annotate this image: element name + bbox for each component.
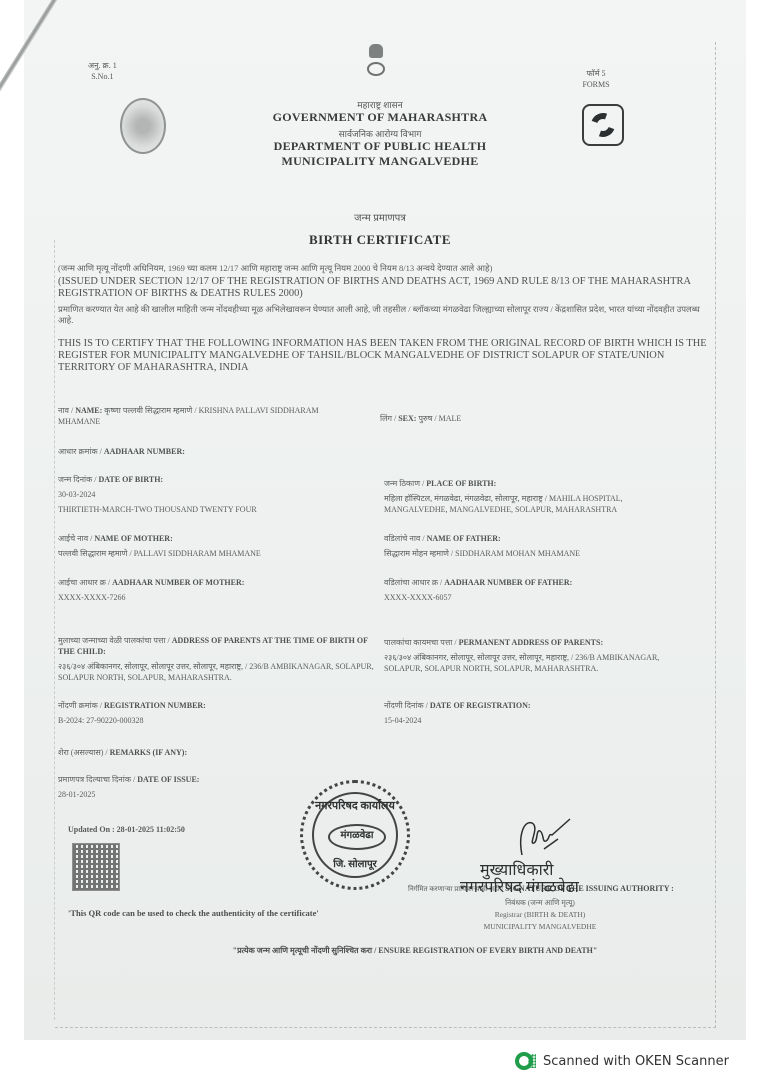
registrar-block: निबंधक (जन्म आणि मृत्यू) Registrar (BIRT… [460,897,620,933]
serial-number: अनु. क्र. 1 S.No.1 [88,60,117,82]
field-remarks: शेरा (असल्यास) / REMARKS (IF ANY): [58,747,358,758]
father-aadhaar-label-mr: वडिलांचा आधार क्र / [384,578,442,587]
serial-english: S.No.1 [88,71,117,82]
scanner-text: Scanned with OKEN Scanner [543,1054,729,1069]
updated-on: Updated On : 28-01-2025 11:02:50 [68,825,185,834]
form-number: फॉर्म 5 FORMS [576,68,616,90]
dob-label-mr: जन्म दिनांक / [58,475,96,484]
aadhaar-label-mr: आधार क्रमांक / [58,447,102,456]
reg-date-value: 15-04-2024 [384,715,684,726]
scanner-watermark: Scanned with OKEN Scanner [515,1052,729,1070]
maharashtra-seal-icon [120,98,166,154]
field-registration-date: नोंदणी दिनांक / DATE OF REGISTRATION: 15… [384,700,684,726]
issued-under: (ISSUED UNDER SECTION 12/17 OF THE REGIS… [58,276,708,300]
qr-note: 'This QR code can be used to check the a… [68,908,358,919]
father-aadhaar-value: XXXX-XXXX-6057 [384,592,684,603]
sex-label: SEX: [398,414,416,423]
qr-code-icon[interactable] [72,843,120,891]
aadhaar-label: AADHAAR NUMBER: [104,447,185,456]
certify-statement: THIS IS TO CERTIFY THAT THE FOLLOWING IN… [58,338,708,374]
reg-no-value: B-2024: 27-90220-000328 [58,715,358,726]
signature-icon [514,815,574,860]
dob-value: 30-03-2024 [58,489,358,500]
mother-aadhaar-label: AADHAAR NUMBER OF MOTHER: [112,578,244,587]
stamp-bottom-text: जि. सोलापूर [314,856,396,870]
pob-value: महिला हॉस्पिटल, मंगळवेढा, मंगळवेढा, सोला… [384,493,664,515]
mother-value: पल्लवी सिद्धाराम म्हमाणे / PALLAVI SIDDH… [58,548,358,559]
name-label-mr: नाव / [58,406,73,415]
father-value: सिद्धाराम मोहन म्हमाणे / SIDDHARAM MOHAN… [384,548,684,559]
reg-no-label-mr: नोंदणी क्रमांक / [58,701,102,710]
stamp-center-text: मंगळवेढा [328,824,386,850]
field-father-aadhaar: वडिलांचा आधार क्र / AADHAAR NUMBER OF FA… [384,577,684,603]
dept-title: DEPARTMENT OF PUBLIC HEALTH [200,139,560,154]
health-dept-logo-icon [582,104,624,146]
oken-logo-icon [515,1052,533,1070]
field-father: वडिलांचे नाव / NAME OF FATHER: सिद्धाराम… [384,533,684,559]
registrar-mr: निबंधक (जन्म आणि मृत्यू) [460,897,620,909]
pob-label-mr: जन्म ठिकाण / [384,479,424,488]
sex-value: पुरुष / MALE [418,414,461,423]
issued-under-marathi: (जन्म आणि मृत्यू नोंदणी अधिनियम, 1969 च्… [58,262,708,274]
field-mother-aadhaar: आईचा आधार क्र / AADHAAR NUMBER OF MOTHER… [58,577,358,603]
gov-title: GOVERNMENT OF MAHARASHTRA [200,110,560,125]
field-pob: जन्म ठिकाण / PLACE OF BIRTH: महिला हॉस्प… [384,478,664,515]
certificate-border-left [54,240,55,1020]
permanent-address-value: २३६/३०४ अंबिकानगर, सोलापूर, सोलापूर उत्त… [384,652,684,674]
title-marathi: जन्म प्रमाणपत्र [200,210,560,224]
permanent-address-label: PERMANENT ADDRESS OF PARENTS: [459,638,604,647]
form-english: FORMS [576,79,616,90]
father-label-mr: वडिलांचे नाव / [384,534,425,543]
reg-date-label: DATE OF REGISTRATION: [430,701,531,710]
reg-no-label: REGISTRATION NUMBER: [104,701,206,710]
field-aadhaar: आधार क्रमांक / AADHAAR NUMBER: [58,446,185,457]
field-issue-date: प्रमाणपत्र दिल्याचा दिनांक / DATE OF ISS… [58,774,358,800]
mother-aadhaar-label-mr: आईचा आधार क्र / [58,578,110,587]
certify-marathi: प्रमाणित करण्यात येत आहे की खालील माहिती… [58,304,708,326]
pob-label: PLACE OF BIRTH: [426,479,496,488]
dob-words: THIRTIETH-MARCH-TWO THOUSAND TWENTY FOUR [58,504,358,515]
reg-date-label-mr: नोंदणी दिनांक / [384,701,428,710]
field-name: नाव / NAME: कृष्णा पल्लवी सिद्धाराम म्हम… [58,405,358,427]
issue-date-label: DATE OF ISSUE: [137,775,199,784]
registrar-office: MUNICIPALITY MANGALVEDHE [460,921,620,933]
field-sex: लिंग / SEX: पुरुष / MALE [380,413,680,424]
birth-address-label-mr: मुलाच्या जन्माच्या वेळी पालकांचा पत्ता / [58,636,170,645]
remarks-label: REMARKS (IF ANY): [110,748,187,757]
mother-aadhaar-value: XXXX-XXXX-7266 [58,592,358,603]
form-marathi: फॉर्म 5 [576,68,616,79]
name-label: NAME: [75,406,102,415]
field-birth-address: मुलाच्या जन्माच्या वेळी पालकांचा पत्ता /… [58,635,380,683]
national-emblem-icon [366,44,386,82]
field-permanent-address: पालकांचा कायमचा पत्ता / PERMANENT ADDRES… [384,637,684,674]
dob-label: DATE OF BIRTH: [98,475,163,484]
registrar-title: Registrar (BIRTH & DEATH) [460,909,620,921]
remarks-label-mr: शेरा (असल्यास) / [58,748,108,757]
issue-date-label-mr: प्रमाणपत्र दिल्याचा दिनांक / [58,775,135,784]
permanent-address-label-mr: पालकांचा कायमचा पत्ता / [384,638,457,647]
municipality-title: MUNICIPALITY MANGALVEDHE [200,154,560,169]
municipal-council-stamp: नगरपरिषद मंगळवेढा [460,875,579,897]
certificate-title: BIRTH CERTIFICATE [200,232,560,248]
serial-marathi: अनु. क्र. 1 [88,60,117,71]
ensure-registration-note: "प्रत्येक जन्म आणि मृत्यूची नोंदणी सुनिश… [175,945,655,956]
mother-label-mr: आईचे नाव / [58,534,92,543]
father-label: NAME OF FATHER: [427,534,501,543]
birth-address-value: २३६/३०४ अंबिकानगर, सोलापूर, सोलापूर उत्त… [58,661,380,683]
field-mother: आईचे नाव / NAME OF MOTHER: पल्लवी सिद्धा… [58,533,358,559]
field-registration-number: नोंदणी क्रमांक / REGISTRATION NUMBER: B-… [58,700,358,726]
sex-label-mr: लिंग / [380,414,396,423]
field-dob: जन्म दिनांक / DATE OF BIRTH: 30-03-2024 … [58,474,358,515]
stamp-top-text: नगरपरिषद कार्यालय [314,798,396,813]
mother-label: NAME OF MOTHER: [94,534,172,543]
father-aadhaar-label: AADHAAR NUMBER OF FATHER: [444,578,572,587]
municipal-stamp: नगरपरिषद कार्यालय मंगळवेढा जि. सोलापूर [300,780,410,890]
